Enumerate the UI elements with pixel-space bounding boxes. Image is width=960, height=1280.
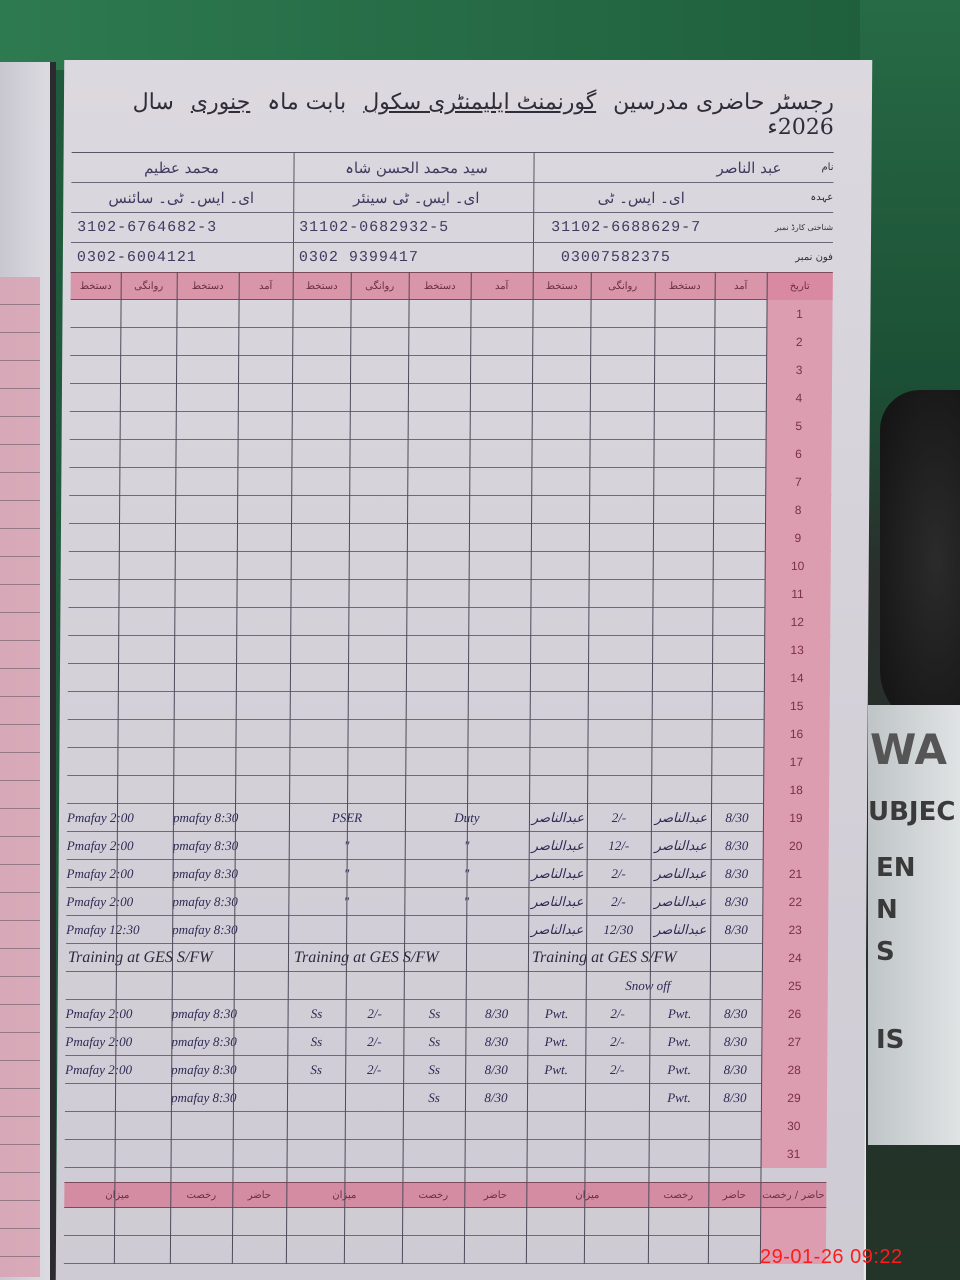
entry-t1-in: 2/- bbox=[587, 804, 651, 832]
entry-t2-out-sign: Ss bbox=[403, 1028, 465, 1056]
day-row: 31 bbox=[65, 1140, 827, 1168]
day-row: 5 bbox=[70, 412, 832, 440]
entry-t2-remark: Training at GES S/FW bbox=[294, 944, 526, 972]
background-paper-card: WA UBJEC EN N S IS bbox=[868, 705, 960, 1145]
entry-t1-in-sign: عبدالناصر bbox=[528, 916, 586, 944]
summary-row bbox=[64, 1208, 826, 1236]
card-text: UBJEC bbox=[868, 797, 955, 827]
day-number: 3 bbox=[766, 356, 832, 384]
title-register: رجسٹر حاضری مدرسین bbox=[613, 90, 834, 115]
teacher-info-table: عبد الناصر سید محمد الحسن شاہ محمد عظیم … bbox=[71, 152, 834, 272]
day-number: 21 bbox=[762, 860, 828, 888]
entry-t2-in: 2/- bbox=[346, 1000, 404, 1028]
entry-t1-out: 8/30 bbox=[709, 1056, 761, 1084]
day-number: 29 bbox=[761, 1084, 827, 1112]
entry-t3-in: Pmafay 2:00 bbox=[65, 1056, 171, 1084]
day-number: 15 bbox=[764, 692, 830, 720]
day-number: 8 bbox=[765, 496, 831, 524]
day-number: 25 bbox=[762, 972, 828, 1000]
entry-t1-in-sign: Pwt. bbox=[527, 1028, 585, 1056]
label-name: نام bbox=[805, 153, 833, 183]
summary-header: حاضر / رخصت bbox=[760, 1183, 826, 1209]
header-arrival: آمد bbox=[715, 273, 767, 301]
day-number: 22 bbox=[762, 888, 828, 916]
teacher-1-cnic: 31102-6688629-7 bbox=[551, 213, 761, 243]
entry-t1-out-sign: عبدالناصر bbox=[650, 916, 710, 944]
entry-t3-in: Pmafay 2:00 bbox=[66, 1000, 172, 1028]
entry-t3-out: pmafay 8:30 bbox=[172, 1000, 288, 1028]
info-row-designation: ای۔ ایس۔ ٹی ای۔ ایس۔ ٹی سینئر ای۔ ایس۔ ٹ… bbox=[71, 183, 833, 213]
entry-t1-in-sign: Pwt. bbox=[528, 1000, 586, 1028]
entry-t1-out-sign: عبدالناصر bbox=[650, 860, 710, 888]
adjacent-left-page bbox=[0, 62, 56, 1280]
entry-t2-in-sign: Ss bbox=[287, 1028, 345, 1056]
summary-header-row: میزانرخصتحاضرمیزانرخصتحاضرمیزانرخصتحاضرح… bbox=[64, 1182, 826, 1208]
entry-t2-in: 2/- bbox=[345, 1056, 403, 1084]
teacher-3-cnic: 3102-6764682-3 bbox=[77, 213, 297, 243]
entry-t1-out-sign: عبدالناصر bbox=[651, 804, 711, 832]
teacher-1-phone: 03007582375 bbox=[561, 243, 741, 273]
day-row: 11 bbox=[68, 580, 830, 608]
entry-t3-in: Pmafay 2:00 bbox=[67, 832, 173, 860]
header-signature: دستخط bbox=[71, 273, 121, 301]
day-row: 24Training at GES S/FWTraining at GES S/… bbox=[66, 944, 828, 972]
entry-t1-in-sign: عبدالناصر bbox=[528, 888, 586, 916]
title-school: گورنمنٹ ایلیمنٹری سکول bbox=[363, 90, 596, 115]
entry-t1-in: 2/- bbox=[586, 1000, 650, 1028]
teacher-2-name: سید محمد الحسن شاہ bbox=[301, 153, 531, 183]
header-date: تاریخ bbox=[767, 273, 833, 301]
entry-t1-out: 8/30 bbox=[711, 804, 763, 832]
day-row: 25Snow off bbox=[66, 972, 828, 1000]
summary-label-cell bbox=[760, 1208, 826, 1236]
day-number: 23 bbox=[762, 916, 828, 944]
entry-t2-out-sign: Ss bbox=[404, 1000, 466, 1028]
card-text: IS bbox=[876, 1025, 904, 1055]
info-row-phone: 03007582375 0302 9399417 0302-6004121 فو… bbox=[71, 243, 833, 273]
teacher-3-name: محمد عظیم bbox=[71, 153, 291, 183]
entry-t1-out: 8/30 bbox=[711, 832, 763, 860]
entry-t2-in-sign: Ss bbox=[287, 1056, 345, 1084]
entry-t1-out: 8/30 bbox=[710, 916, 762, 944]
day-row: 27Pmafay 2:00pmafay 8:30Ss2/-Ss8/30Pwt.2… bbox=[65, 1028, 827, 1056]
entry-t3-in: Pmafay 2:00 bbox=[67, 804, 173, 832]
entry-t1-out-sign: Pwt. bbox=[650, 1000, 710, 1028]
photo-timestamp: 29-01-26 09:22 bbox=[760, 1246, 903, 1269]
card-text: N bbox=[876, 895, 898, 925]
header-signature: دستخط bbox=[533, 273, 591, 301]
day-row: 12 bbox=[68, 608, 830, 636]
card-text: WA bbox=[870, 725, 947, 774]
summary-header: رخصت bbox=[402, 1183, 464, 1209]
entry-t3-out: pmafay 8:30 bbox=[173, 804, 289, 832]
entry-t1-in: 12/- bbox=[587, 832, 651, 860]
day-row: 19Pmafay 2:00pmafay 8:30PSERDutyعبدالناص… bbox=[67, 804, 829, 832]
entry-t3-in: Pmafay 2:00 bbox=[66, 888, 172, 916]
entry-t1-out: 8/30 bbox=[710, 860, 762, 888]
day-number: 9 bbox=[765, 524, 831, 552]
day-number: 14 bbox=[764, 664, 830, 692]
entry-t3-out: pmafay 8:30 bbox=[171, 1028, 287, 1056]
entry-t1-in-sign: عبدالناصر bbox=[529, 804, 587, 832]
entry-t2-out: 8/30 bbox=[466, 1000, 528, 1028]
day-number: 28 bbox=[761, 1056, 827, 1084]
header-signature: دستخط bbox=[293, 273, 351, 301]
summary-row bbox=[64, 1236, 826, 1264]
day-number: 7 bbox=[765, 468, 831, 496]
day-row: 22Pmafay 2:00pmafay 8:30""عبدالناصر2/-عب… bbox=[66, 888, 828, 916]
entry-t2-in-sign: Ss bbox=[288, 1000, 346, 1028]
day-row: 4 bbox=[70, 384, 832, 412]
teacher-2-phone: 0302 9399417 bbox=[299, 243, 529, 273]
day-number: 11 bbox=[764, 580, 830, 608]
info-row-cnic: 31102-6688629-7 31102-0682932-5 3102-676… bbox=[71, 213, 833, 243]
entry-t2-out: 8/30 bbox=[465, 1084, 527, 1112]
entry-t3-out: pmafay 8:30 bbox=[171, 1056, 287, 1084]
day-row: 17 bbox=[67, 748, 829, 776]
day-row: 6 bbox=[69, 440, 831, 468]
left-page-pink-column bbox=[0, 277, 40, 1277]
entry-t3-in: Pmafay 2:00 bbox=[65, 1028, 171, 1056]
day-row: 8 bbox=[69, 496, 831, 524]
day-number: 31 bbox=[761, 1140, 827, 1168]
header-departure: روانگی bbox=[591, 273, 655, 301]
header-signature: دستخط bbox=[177, 273, 239, 301]
entry-t1-in-sign: عبدالناصر bbox=[528, 860, 586, 888]
entry-t2-in: 2/- bbox=[345, 1028, 403, 1056]
day-number: 17 bbox=[763, 748, 829, 776]
label-cnic: شناختی کارڈ نمبر bbox=[773, 213, 833, 243]
summary-header: حاضر bbox=[232, 1183, 286, 1209]
entry-t3-out: pmafay 8:30 bbox=[172, 860, 288, 888]
header-departure: روانگی bbox=[351, 273, 409, 301]
day-row: 2 bbox=[70, 328, 832, 356]
day-row: 10 bbox=[69, 552, 831, 580]
entry-t3-out: pmafay 8:30 bbox=[172, 916, 288, 944]
entry-t1-out-sign: Pwt. bbox=[649, 1056, 709, 1084]
summary-header: میزان bbox=[526, 1183, 648, 1209]
day-number: 10 bbox=[765, 552, 831, 580]
teacher-2-cnic: 31102-0682932-5 bbox=[299, 213, 529, 243]
day-row: 30 bbox=[65, 1112, 827, 1140]
entry-t1-in: 2/- bbox=[585, 1028, 649, 1056]
summary-header: رخصت bbox=[170, 1183, 232, 1209]
entry-t1-in: 12/30 bbox=[586, 916, 650, 944]
entry-t3-out: pmafay 8:30 bbox=[173, 832, 289, 860]
day-number: 18 bbox=[763, 776, 829, 804]
card-text: EN bbox=[876, 853, 916, 883]
entry-t3-out: pmafay 8:30 bbox=[172, 888, 288, 916]
entry-t1-out-sign: عبدالناصر bbox=[651, 832, 711, 860]
entry-t2-out-sign: Ss bbox=[403, 1084, 465, 1112]
entry-t3-in: Pmafay 2:00 bbox=[66, 860, 172, 888]
register-page: رجسٹر حاضری مدرسین گورنمنٹ ایلیمنٹری سکو… bbox=[56, 60, 873, 1280]
teacher-3-designation: ای۔ ایس۔ ٹی۔ سائنس bbox=[71, 183, 291, 213]
entry-t1-remark: Training at GES S/FW bbox=[532, 944, 762, 972]
entry-t1-out-sign: Pwt. bbox=[649, 1028, 709, 1056]
day-row: 26Pmafay 2:00pmafay 8:30Ss2/-Ss8/30Pwt.2… bbox=[66, 1000, 828, 1028]
day-row: 1 bbox=[70, 300, 832, 328]
header-departure: روانگی bbox=[121, 273, 177, 301]
entry-t3-in: Pmafay 12:30 bbox=[66, 916, 172, 944]
summary-header: رخصت bbox=[648, 1183, 708, 1209]
day-row: 23Pmafay 12:30pmafay 8:30عبدالناصر12/30ع… bbox=[66, 916, 828, 944]
summary-header: حاضر bbox=[464, 1183, 526, 1209]
day-number: 6 bbox=[765, 440, 831, 468]
entry-t1-out: 8/30 bbox=[709, 1028, 761, 1056]
day-number: 13 bbox=[764, 636, 830, 664]
entry-t1-note: Snow off bbox=[586, 972, 710, 1000]
entry-t1-in: 2/- bbox=[585, 1056, 649, 1084]
entry-t1-in: 2/- bbox=[586, 888, 650, 916]
day-number: 26 bbox=[762, 1000, 828, 1028]
day-number: 20 bbox=[763, 832, 829, 860]
entry-t1-out: 8/30 bbox=[710, 1000, 762, 1028]
summary-header: حاضر bbox=[708, 1183, 760, 1209]
register-title: رجسٹر حاضری مدرسین گورنمنٹ ایلیمنٹری سکو… bbox=[94, 90, 834, 130]
entry-t1-out: 8/30 bbox=[709, 1084, 761, 1112]
entry-t1-out-sign: عبدالناصر bbox=[650, 888, 710, 916]
day-row: 29pmafay 8:30Ss8/30Pwt.8/30 bbox=[65, 1084, 827, 1112]
entry-t3-remark: Training at GES S/FW bbox=[68, 944, 288, 972]
day-row: 18 bbox=[67, 776, 829, 804]
day-number: 2 bbox=[766, 328, 832, 356]
entry-t1-in-sign: Pwt. bbox=[527, 1056, 585, 1084]
day-row: 15 bbox=[68, 692, 830, 720]
day-row: 28Pmafay 2:00pmafay 8:30Ss2/-Ss8/30Pwt.2… bbox=[65, 1056, 827, 1084]
entry-t2-out: 8/30 bbox=[465, 1056, 527, 1084]
teacher-1-name: عبد الناصر bbox=[541, 153, 781, 183]
day-row: 7 bbox=[69, 468, 831, 496]
day-row: 21Pmafay 2:00pmafay 8:30""عبدالناصر2/-عب… bbox=[66, 860, 828, 888]
day-number: 19 bbox=[763, 804, 829, 832]
day-number: 5 bbox=[766, 412, 832, 440]
day-row: 9 bbox=[69, 524, 831, 552]
teacher-1-designation: ای۔ ایس۔ ٹی bbox=[541, 183, 741, 213]
info-row-name: عبد الناصر سید محمد الحسن شاہ محمد عظیم … bbox=[71, 153, 833, 183]
day-row: 16 bbox=[67, 720, 829, 748]
entry-t2-out-sign: Ss bbox=[403, 1056, 465, 1084]
title-month: جنوری bbox=[191, 90, 251, 115]
teacher-2-designation: ای۔ ایس۔ ٹی سینئر bbox=[301, 183, 531, 213]
title-month-label: بابت ماہ bbox=[267, 90, 346, 115]
day-number: 16 bbox=[763, 720, 829, 748]
day-number: 1 bbox=[766, 300, 832, 328]
entry-t2-out: 8/30 bbox=[465, 1028, 527, 1056]
entry-t1-out: 8/30 bbox=[710, 888, 762, 916]
column-header-row: دستخط روانگی دستخط آمد دستخط روانگی دستخ… bbox=[71, 272, 833, 300]
entry-t3-out: pmafay 8:30 bbox=[171, 1084, 287, 1112]
day-number: 4 bbox=[766, 384, 832, 412]
header-signature: دستخط bbox=[655, 273, 715, 301]
day-number: 24 bbox=[762, 944, 828, 972]
day-number: 30 bbox=[761, 1112, 827, 1140]
label-phone: فون نمبر bbox=[793, 243, 833, 273]
entry-t1-in: 2/- bbox=[586, 860, 650, 888]
day-row: 20Pmafay 2:00pmafay 8:30""عبدالناصر12/-ع… bbox=[67, 832, 829, 860]
summary-header: میزان bbox=[64, 1183, 170, 1209]
header-arrival: آمد bbox=[239, 273, 293, 301]
dark-object bbox=[880, 390, 960, 730]
label-designation: عہدہ bbox=[805, 183, 833, 213]
card-text: S bbox=[876, 937, 895, 967]
day-row: 14 bbox=[68, 664, 830, 692]
header-arrival: آمد bbox=[471, 273, 533, 301]
day-row: 3 bbox=[70, 356, 832, 384]
header-signature: دستخط bbox=[409, 273, 471, 301]
entry-t1-in-sign: عبدالناصر bbox=[529, 832, 587, 860]
day-number: 12 bbox=[764, 608, 830, 636]
day-row: 13 bbox=[68, 636, 830, 664]
day-number: 27 bbox=[761, 1028, 827, 1056]
teacher-3-phone: 0302-6004121 bbox=[77, 243, 297, 273]
entry-t1-out-sign: Pwt. bbox=[649, 1084, 709, 1112]
